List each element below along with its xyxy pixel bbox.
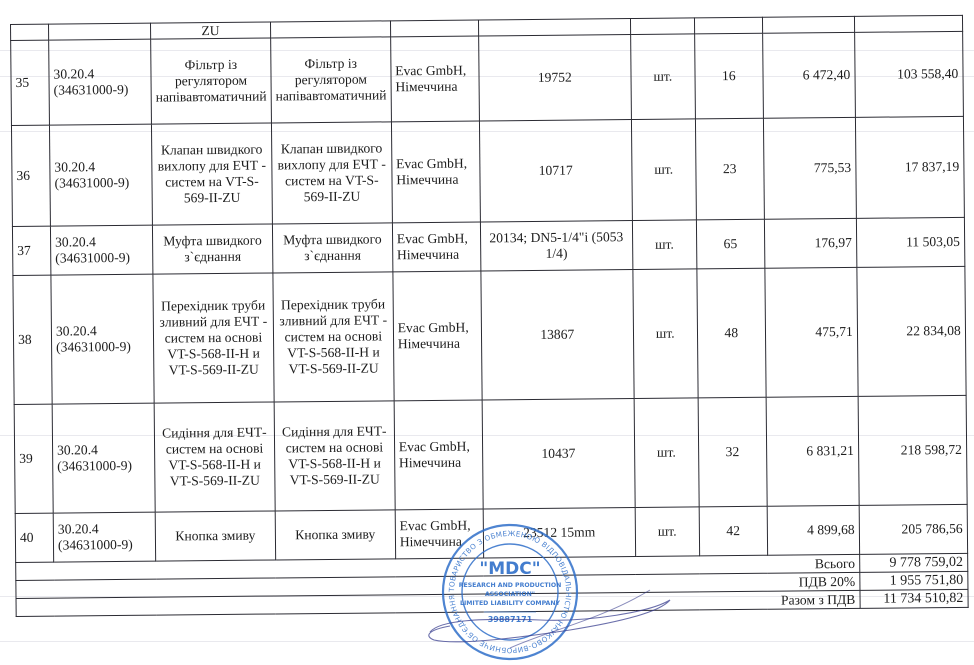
- item-name-short: Муфта швидкого з`єднання: [152, 224, 272, 274]
- row-number: 36: [11, 125, 50, 226]
- quantity: 42: [699, 506, 767, 556]
- item-name-full: Клапан швидкого вихлопу для ЕЧТ - систем…: [271, 122, 392, 224]
- line-total: 11 503,05: [856, 217, 964, 267]
- table-row: 3830.20.4 (34631000-9)Перехідник труби з…: [13, 266, 966, 404]
- item-name-full: Фільтр із регулятором напівавтоматичний: [271, 37, 392, 123]
- quantity: 16: [694, 33, 763, 119]
- model-number: 10717: [479, 120, 632, 222]
- classifier-code: 30.20.4 (34631000-9): [49, 124, 152, 226]
- item-name-short: Фільтр із регулятором напівавтоматичний: [151, 38, 272, 124]
- manufacturer: Evac GmbH, Німеччина: [391, 121, 480, 223]
- unit: шт.: [635, 507, 699, 557]
- item-name-full: Муфта швидкого з`єднання: [272, 223, 392, 273]
- unit-price: 475,71: [765, 267, 858, 397]
- line-total: 103 558,40: [854, 31, 963, 117]
- item-name-full: Перехідник труби зливний для ЕЧТ - систе…: [273, 272, 394, 402]
- signature: [420, 560, 680, 660]
- quantity: 23: [695, 118, 764, 220]
- line-total: 218 598,72: [858, 395, 967, 505]
- row-number: 37: [12, 226, 50, 275]
- item-name-short: Клапан швидкого вихлопу для ЕЧТ - систем…: [151, 123, 272, 225]
- unit: шт.: [633, 269, 698, 399]
- table-row: 3630.20.4 (34631000-9)Клапан швидкого ви…: [11, 116, 964, 226]
- table-row: 3930.20.4 (34631000-9)Сидіння для ЕЧТ- с…: [14, 395, 967, 513]
- manufacturer: Evac GmbH, Німеччина: [393, 271, 482, 401]
- table-row: 3530.20.4 (34631000-9)Фільтр із регулято…: [11, 31, 964, 125]
- classifier-code: 30.20.4 (34631000-9): [50, 225, 152, 275]
- manufacturer: Evac GmbH, Німеччина: [392, 222, 480, 272]
- unit: шт.: [632, 220, 696, 270]
- quantity: 32: [698, 397, 767, 507]
- manufacturer: Evac GmbH, Німеччина: [394, 400, 483, 510]
- classifier-code: 30.20.4 (34631000-9): [51, 274, 154, 404]
- model-number: 19752: [478, 35, 631, 121]
- unit-price: 775,53: [763, 117, 856, 219]
- classifier-code: 30.20.4 (34631000-9): [53, 512, 155, 562]
- line-total: 22 834,08: [857, 266, 966, 396]
- unit: шт.: [631, 119, 696, 221]
- model-number: 13867: [481, 270, 634, 400]
- unit-price: 6 472,40: [762, 32, 855, 118]
- item-name-full: Кнопка змиву: [275, 510, 395, 560]
- row-number: 40: [15, 513, 53, 562]
- row-number: 35: [11, 40, 50, 125]
- item-name-short: Кнопка змиву: [155, 511, 275, 561]
- model-number: 20134; DN5-1/4"i (5053 1/4): [480, 221, 632, 271]
- unit-price: 176,97: [764, 218, 856, 268]
- item-name-full: Сидіння для ЕЧТ- систем на основі VT-S-5…: [274, 401, 395, 511]
- totals-value: 1 955 751,80: [860, 571, 968, 590]
- totals-value: 9 778 759,02: [859, 553, 967, 572]
- unit-price: 4 899,68: [767, 505, 859, 555]
- quantity: 65: [696, 219, 764, 269]
- classifier-code: 30.20.4 (34631000-9): [49, 39, 152, 125]
- classifier-code: 30.20.4 (34631000-9): [52, 403, 155, 513]
- manufacturer: Evac GmbH, Німеччина: [390, 36, 479, 122]
- row-number: 38: [13, 275, 52, 404]
- model-number: 10437: [482, 399, 635, 509]
- unit: шт.: [630, 34, 695, 120]
- continued-name-text: ZU: [150, 22, 270, 39]
- quantity: 48: [697, 268, 766, 398]
- item-name-short: Сидіння для ЕЧТ- систем на основі VT-S-5…: [154, 402, 275, 512]
- unit-price: 6 831,21: [766, 396, 859, 506]
- line-total: 205 786,56: [859, 504, 967, 554]
- row-number: 39: [14, 404, 53, 513]
- line-total: 17 837,19: [855, 116, 964, 218]
- totals-value: 11 734 510,82: [860, 589, 968, 608]
- unit: шт.: [634, 398, 699, 508]
- item-name-short: Перехідник труби зливний для ЕЧТ - систе…: [153, 273, 274, 403]
